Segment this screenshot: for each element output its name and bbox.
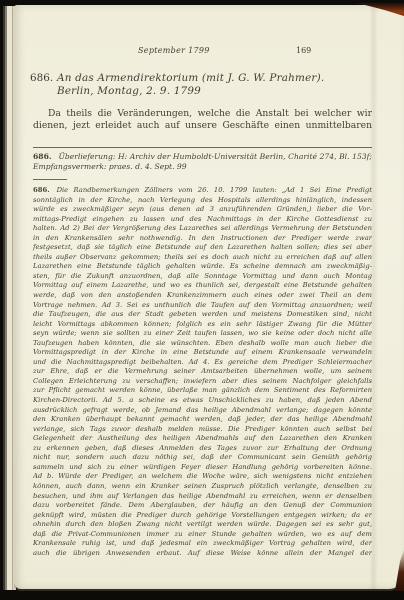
letter-dateline: Berlin, Montag, 2. 9. 1799 — [57, 85, 324, 98]
letter-heading-text: An das Armendirektorium (mit J. G. W. Pr… — [57, 72, 324, 98]
apparatus-separator-rule — [33, 147, 372, 148]
letter-body-paragraph: Da theils die Veränderungen, welche die … — [33, 108, 372, 133]
commentary-line: Kirchen-Directorii. Ad 5. a scheine es e… — [33, 396, 372, 406]
commentary-line: nicht nur, sondern auch dazu nöthig sei,… — [33, 453, 372, 463]
commentary-line: Vormittag auf einem Lazarethe, und wo es… — [33, 281, 372, 291]
commentary-line: besuchen, und ihm auf Verlangen das heil… — [33, 492, 372, 502]
commentary-line: sten, für die Zukunft anzuordnen, daß al… — [33, 272, 372, 282]
scanned-book-photo: { "header": { "running_head": "September… — [0, 0, 404, 600]
commentary-line: sammeln und sich zu einer würdigen Feyer… — [33, 463, 372, 473]
book-page: September 1799 169 686. An das Armendire… — [14, 5, 404, 589]
body-line: dienen, jezt erleidet auch auf unsere Ge… — [33, 120, 372, 132]
letter-heading: 686. An das Armendirektorium (mit J. G. … — [33, 72, 372, 98]
commentary-line: sonntäglich in der Kirche, nach Verlegun… — [33, 196, 372, 206]
commentary-line: auch die übrigen Anwesenden erbaut. Auf … — [33, 549, 372, 559]
commentary-line: ohnehin durch den bloßen Zwang nicht ver… — [33, 520, 372, 530]
commentary-line: Vormittagspredigt in der Kirche in eine … — [33, 348, 372, 358]
page-number: 169 — [296, 46, 311, 55]
commentary-line: zur Ehre, daß er die Vermehrung seiner A… — [33, 367, 372, 377]
commentary-line: in den Krankensälen sehr nothwendig. In … — [33, 234, 372, 244]
commentary-line: geknüpft wird, müsten die Prediger durch… — [33, 511, 372, 521]
commentary-line: daß die Privat-Communionen immer zu eine… — [33, 530, 372, 540]
commentary-line: leicht Vormittags abkommen können; folgl… — [33, 320, 372, 330]
apparatus-line: Empfangsvermerk: praes. d. 4. Sept. 99 — [33, 162, 372, 172]
commentary-line: Taufzeugen haben könnten, die sie wünsch… — [33, 339, 372, 349]
letter-title: An das Armendirektorium (mit J. G. W. Pr… — [57, 72, 324, 85]
commentary-line: Collegen Erleichterung zu verschaffen; i… — [33, 377, 372, 387]
commentary-line: Vortrage nehmen. Ad 3. Sei es unthunlich… — [33, 301, 372, 311]
apparatus-number: 686. — [33, 152, 52, 161]
running-header: September 1799 169 — [33, 46, 372, 58]
commentary-lines: sonntäglich in der Kirche, nach Verlegun… — [33, 196, 372, 559]
commentary-line: Gelegenheit der Austheilung des heiligen… — [33, 434, 372, 444]
commentary-line: Krankensale ruhig ist, und daß jedesmal … — [33, 539, 372, 549]
commentary-text: Die Randbemerkungen Zöllners vom 26. 10.… — [57, 186, 372, 194]
commentary-line: den Kranken überhaupt bekannt gemacht we… — [33, 415, 372, 425]
apparatus-block: 686.Überlieferung: H: Archiv der Humbold… — [33, 152, 372, 172]
commentary-line: und die Nachmittagspredigt beibehalten. … — [33, 358, 372, 368]
commentary-line: mittags-Predigt eingehen zu lassen und d… — [33, 215, 372, 225]
commentary-separator-rule — [33, 179, 67, 180]
commentary-line: können, auch dann, wenn ein Kranker sein… — [33, 482, 372, 492]
commentary-number: 686. — [33, 186, 50, 194]
commentary-line: dazu vorbereitet fände. Dem Aberglauben,… — [33, 501, 372, 511]
commentary-line: 686.Die Randbemerkungen Zöllners vom 26.… — [33, 186, 372, 196]
running-head-title: September 1799 — [138, 46, 210, 55]
commentary-line: halten. Ad 2) Bei der Vergrößerung des L… — [33, 224, 372, 234]
type-area: September 1799 169 686. An das Armendire… — [33, 5, 372, 589]
commentary-line: zur Pflicht gemacht werden könne, überla… — [33, 386, 372, 396]
apparatus-text: Überlieferung: H: Archiv der Humboldt-Un… — [59, 152, 373, 161]
commentary-line: festgesetzt, daß sie täglich eine Betstu… — [33, 243, 372, 253]
commentary-line: zu erkennen geben, daß dieses Anmelden d… — [33, 444, 372, 454]
commentary-line: verlange, sich Tags zuvor deshalb melden… — [33, 425, 372, 435]
commentary-line: werde, daß von den anstoßenden Krankenzi… — [33, 291, 372, 301]
commentary-line: würde es zweckmäßiger seyn (aus denen ad… — [33, 205, 372, 215]
commentary-line: seyn würde; wenn sie sollten zu einer Ze… — [33, 329, 372, 339]
body-line: Da theils die Veränderungen, welche die … — [33, 108, 372, 120]
commentary-line: Lazarethen eine Betstunde täglich gehalt… — [33, 262, 372, 272]
letter-number: 686. — [30, 72, 57, 98]
apparatus-line: 686.Überlieferung: H: Archiv der Humbold… — [33, 152, 372, 162]
commentary-line: theils außer Observanz gekommen; theils … — [33, 253, 372, 263]
commentary-line: die Taufzeugen, die aus der Stadt gebete… — [33, 310, 372, 320]
commentary-line: Ad b. Würde der Prediger, an welchem die… — [33, 472, 372, 482]
commentary-line: ausdrücklich gefragt werde, ob Jemand da… — [33, 406, 372, 416]
commentary-block: 686.Die Randbemerkungen Zöllners vom 26.… — [33, 186, 372, 558]
